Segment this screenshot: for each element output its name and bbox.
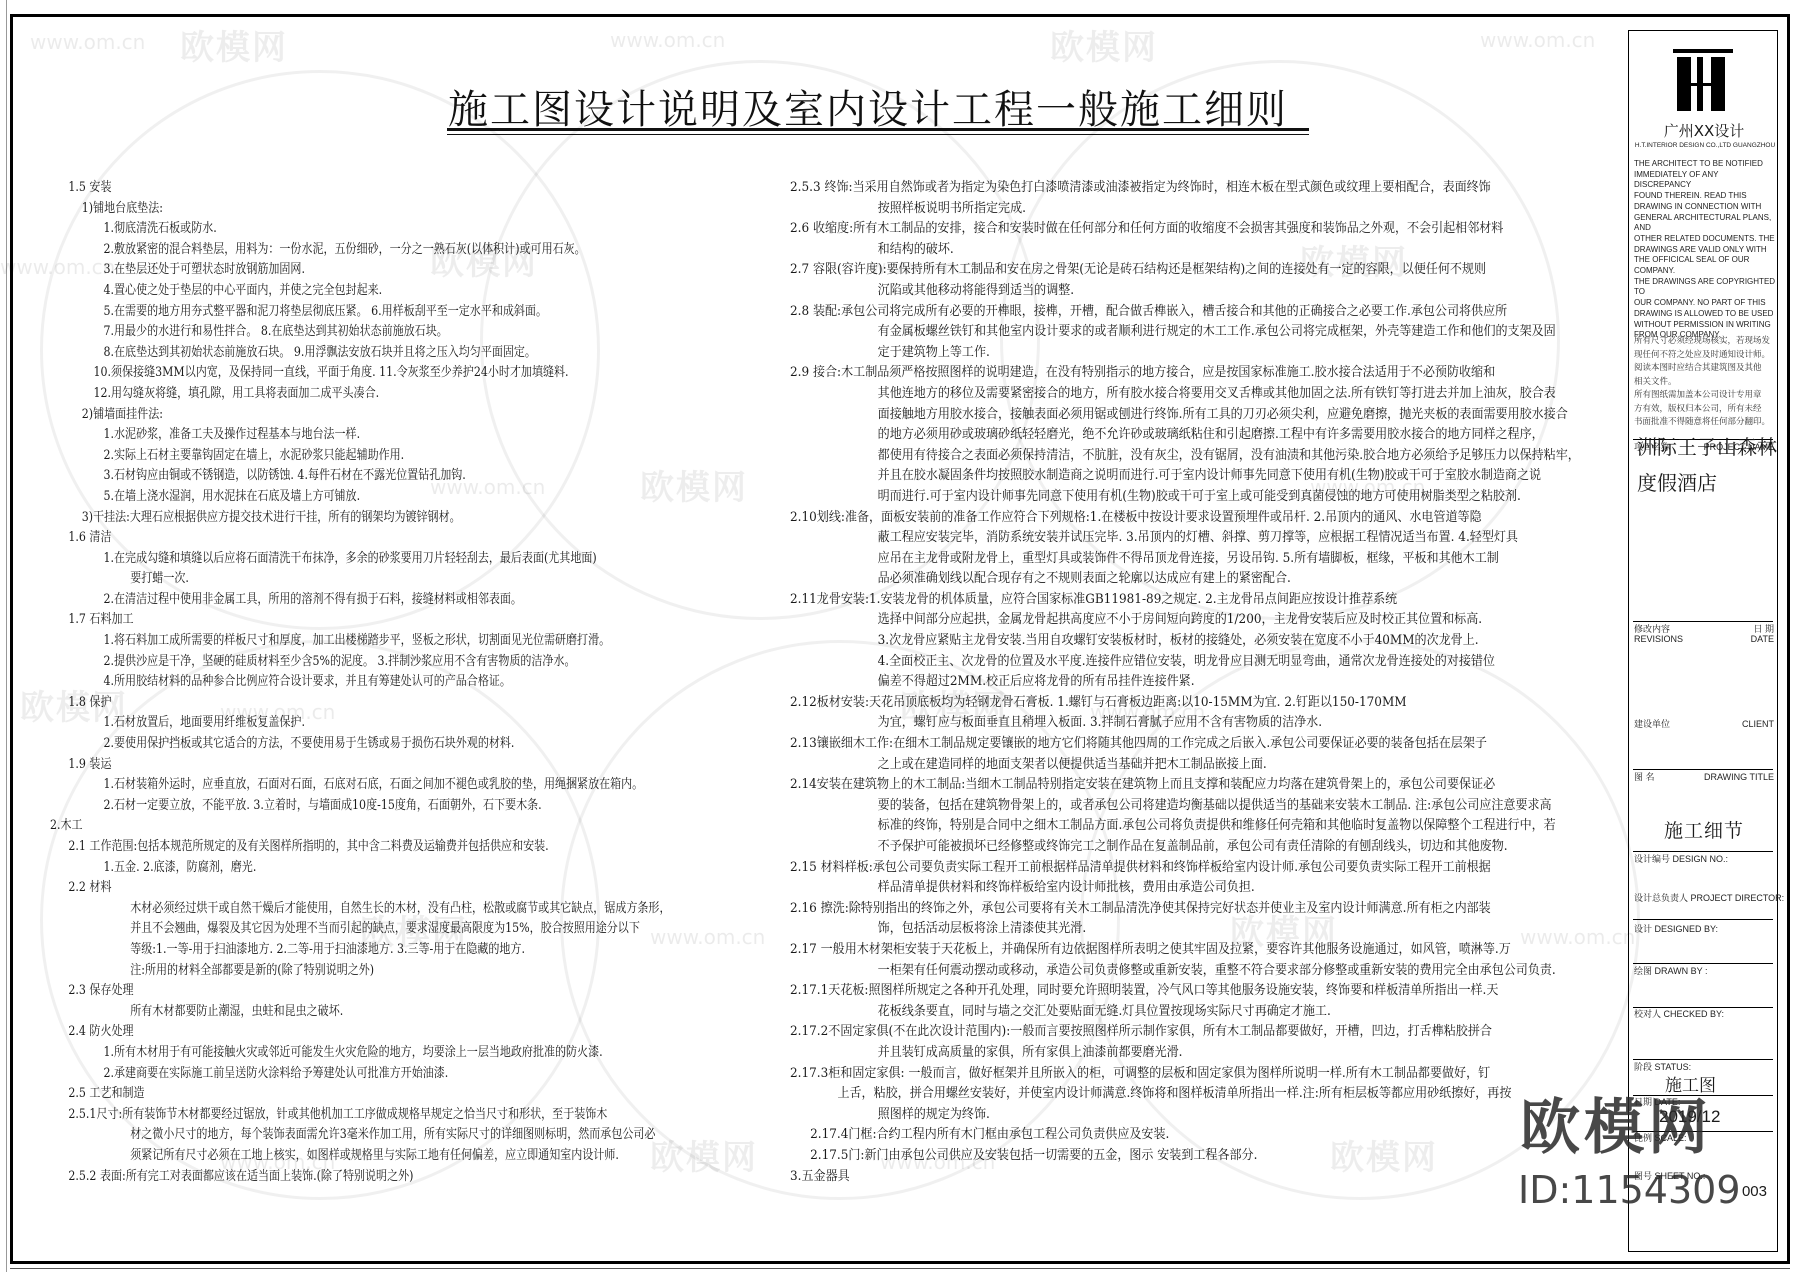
divider xyxy=(1633,621,1773,622)
revisions-header-en: REVISIONS DATE xyxy=(1634,634,1774,645)
spec-line: 2.17.5门:新门由承包公司供应及安装包括一切需要的五金，图示 安装到工程各部… xyxy=(790,1146,1580,1167)
spec-line: 材之微小尺寸的地方，每个装饰表面需允许3毫米作加工用，所有实际尺寸的详细图则标明… xyxy=(50,1125,670,1146)
revisions-label-en: REVISIONS xyxy=(1634,634,1683,645)
spec-line: 1.水泥砂浆，准备工夫及操作过程基本与地台法一样. xyxy=(50,425,670,446)
company-logo-icon xyxy=(1673,49,1733,111)
notice-chinese: 所有尺寸必须经现场核实，若现场发 现任何不符之处应及时通知设计师。 阅读本图时应… xyxy=(1634,335,1776,430)
spec-line: 2.17.1天花板:照图样所规定之各种开孔处理，同时要允许照明装置，冷气风口等其… xyxy=(790,981,1580,1002)
spec-line: 面接触地方用胶水接合，接触表面必须用锯或刨进行终饰.所有工具的刀刃必须尖利，应避… xyxy=(790,405,1580,426)
spec-text-right-column: 2.5.3 终饰:当采用自然饰或者为指定为染色打白漆喷清漆或油漆被指定为终饰时，… xyxy=(790,178,1580,1187)
spec-line: 2)铺墙面挂件法: xyxy=(50,405,670,426)
spec-line: 3.石材钩应由铜或不锈钢造，以防锈蚀. 4.每件石材在不露光位置钻孔加钩. xyxy=(50,466,670,487)
spec-line: 2.木工 xyxy=(50,816,670,837)
spec-line: 10.须保接缝3MM以内宽，及保持同一直线，平面于角度. 11.令灰浆至少养护2… xyxy=(50,363,670,384)
spec-line: 1.7 石料加工 xyxy=(50,610,670,631)
project-name-line1: 洲际王子山森林 xyxy=(1637,429,1777,465)
outer-border-line xyxy=(6,0,7,1272)
project-name: 洲际王子山森林 度假酒店 xyxy=(1637,429,1777,501)
spec-line: 所有木材都要防止潮湿，虫蛀和昆虫之破坏. xyxy=(50,1002,670,1023)
spec-line: 1.五金. 2.底漆，防腐剂，磨光. xyxy=(50,858,670,879)
spec-line: 2.11龙骨安装:1.安装龙骨的机体质量，应符合国家标准GB11981-89之规… xyxy=(790,590,1580,611)
spec-line: 定于建筑物上等工作. xyxy=(790,343,1580,364)
spec-line: 照图样的规定为终饰. xyxy=(790,1105,1580,1126)
spec-line: 2.17.3柜和固定家俱: 一般而言，做好框架并且所嵌入的柜，可调整的层板和固定… xyxy=(790,1064,1580,1085)
spec-line: 3)干挂法:大理石应根据供应方提交技术进行干挂，所有的钢架均为镀锌钢材。 xyxy=(50,508,670,529)
drawing-title: 施工细节 xyxy=(1629,816,1779,843)
spec-line: 1.8 保护 xyxy=(50,693,670,714)
spec-line: 2.敷放紧密的混合料垫层，用料为：一份水泥，五份细砂，一分之一熟石灰(以体积计)… xyxy=(50,240,670,261)
spec-line: 2.1 工作范围:包括本规范所规定的及有关图样所指明的，其中含二料费及运输费并包… xyxy=(50,837,670,858)
client-label: 建设单位 CLIENT xyxy=(1634,719,1774,730)
client-label-cn: 建设单位 xyxy=(1634,719,1670,730)
spec-line: 饰，包括活动层板将涂上清漆使其光滑. xyxy=(790,919,1580,940)
spec-line: 要打蜡一次. xyxy=(50,569,670,590)
spec-line: 2.17 一般用木材架柜安装于天花板上，并确保所有边依据图样所表明之使其牢固及拉… xyxy=(790,940,1580,961)
spec-line: 7.用最少的水进行和易性拌合。 8.在底垫达到其初始状态前施放石块。 xyxy=(50,322,670,343)
spec-line: 1.石材放置后，地面要用纤维板复盖保护. xyxy=(50,713,670,734)
spec-line: 2.15 材料样板:承包公司要负责实际工程开工前根据样品清单提供材料和终饰样板给… xyxy=(790,858,1580,879)
bottom-border-line xyxy=(10,1268,1790,1269)
spec-line: 1.6 清洁 xyxy=(50,528,670,549)
title-underline xyxy=(447,128,1309,131)
spec-line: 2.6 收缩度:所有木工制品的安排，接合和安装时做在任何部分和任何方面的收缩度不… xyxy=(790,219,1580,240)
spec-line: 1.9 装运 xyxy=(50,755,670,776)
spec-line: 1.石材装箱外运时，应垂直放，石面对石面，石底对石底，石面之间加不褪色或乳胶的垫… xyxy=(50,775,670,796)
drawn-by-label: 绘图 DRAWN BY : xyxy=(1634,966,1776,977)
spec-line: 1)铺地台底垫法: xyxy=(50,199,670,220)
project-director-label: 设计总负责人 PROJECT DIRECTOR: xyxy=(1634,893,1776,904)
spec-line: 样品清单提供材料和终饰样板给室内设计师批核，费用由承造公司负担. xyxy=(790,878,1580,899)
spec-line: 都使用有待接合之表面必须保持清洁，不肮脏，没有灰尘，没有锯屑，没有油渍和其他污染… xyxy=(790,446,1580,467)
spec-line: 2.10划线:准备，面板安装前的准备工作应符合下列规格:1.在楼板中按设计要求设… xyxy=(790,508,1580,529)
design-no-label: 设计编号 DESIGN NO.: xyxy=(1634,854,1776,865)
checked-by-label: 校对人 CHECKED BY: xyxy=(1634,1009,1776,1020)
spec-line: 为宜，螺钉应与板面垂直且稍埋入板面. 3.拌制石膏腻子应用不含有害物质的洁净水. xyxy=(790,713,1580,734)
spec-line: 品必须准确划线以配合现存有之不规则表面之轮廓以达成应有建上的紧密配合. xyxy=(790,569,1580,590)
spec-line: 2.3 保存处理 xyxy=(50,981,670,1002)
spec-line: 5.在墙上浇水湿润，用水泥抹在石底及墙上方可铺放. xyxy=(50,487,670,508)
spec-line: 2.要使用保护挡板或其它适合的方法，不要使用易于生锈或易于损伤石块外观的材料. xyxy=(50,734,670,755)
spec-line: 其他连地方的移位及需要紧密接合的地方，所有胶水接合将要用交叉舌榫或其他加固之法.… xyxy=(790,384,1580,405)
sheet-no-value: 003 xyxy=(1742,1183,1767,1200)
spec-line: 注:所用的材料全部都要是新的(除了特别说明之外) xyxy=(50,961,670,982)
spec-line: 2.16 擦洗:除特别指出的终饰之外，承包公司要将有关木工制品清洗净使其保持完好… xyxy=(790,899,1580,920)
spec-line: 和结构的破坏. xyxy=(790,240,1580,261)
spec-line: 3.在垫层还处于可塑状态时放钢筋加固网. xyxy=(50,260,670,281)
spec-line: 应吊在主龙骨或附龙骨上，重型灯具或装饰件不得吊顶龙骨连接，另设吊钩. 5.所有墙… xyxy=(790,549,1580,570)
spec-line: 等级:1.一等-用于扫油漆地方. 2.二等-用于扫油漆地方. 3.三等-用于在隐… xyxy=(50,940,670,961)
spec-line: 1.将石料加工成所需要的样板尺寸和厚度，加工出楼梯踏步平，竖板之形状，切割面见光… xyxy=(50,631,670,652)
spec-line: 3.次龙骨应紧贴主龙骨安装.当用自攻螺钉安装板材时，板材的接缝处，必须安装在宽度… xyxy=(790,631,1580,652)
spec-line: 明而进行.可于室内设计师事先同意下使用有机(生物)胶或干可于室上或可能受到真菌侵… xyxy=(790,487,1580,508)
company-name-cn: 广州XX设计 xyxy=(1629,120,1779,141)
spec-line: 2.4 防火处理 xyxy=(50,1022,670,1043)
title-block: 广州XX设计 H.T.INTERIOR DESIGN CO.,LTD GUANG… xyxy=(1628,30,1778,1252)
spec-line: 2.实际上石材主要靠钩固定在墙上，水泥砂浆只能起辅助作用. xyxy=(50,446,670,467)
spec-line: 2.17.4门框:合约工程内所有木门框由承包工程公司负责供应及安装. xyxy=(790,1125,1580,1146)
spec-line: 4.全面校正主、次龙骨的位置及水平度.连接件应错位安装，明龙骨应目测无明显弯曲，… xyxy=(790,652,1580,673)
spec-line: 2.2 材料 xyxy=(50,878,670,899)
spec-line: 之上或在建造同样的地面支架者以便提供适当基础并把木工制品嵌接上面. xyxy=(790,755,1580,776)
spec-line: 4.置心使之处于垫层的中心平面内，并使之完全包封起来. xyxy=(50,281,670,302)
designed-by-label: 设计 DESIGNED BY: xyxy=(1634,924,1776,935)
divider xyxy=(1633,769,1773,770)
divider xyxy=(1633,963,1773,964)
spec-line: 偏差不得超过2MM.校正后应将龙骨的所有吊挂件连接件紧. xyxy=(790,672,1580,693)
spec-line: 沉陷或其他移动将能得到适当的调整. xyxy=(790,281,1580,302)
spec-line: 12.用勾缝灰将缝，填孔隙，用工具将表面加二成平头凑合. xyxy=(50,384,670,405)
spec-line: 1.彻底清洗石板或防水. xyxy=(50,219,670,240)
spec-line: 5.在需要的地方用夯式整平器和泥刀将垫层彻底压紧。 6.用样板刮平至一定水平和成… xyxy=(50,302,670,323)
notice-english: THE ARCHITECT TO BE NOTIFIED IMMEDIATELY… xyxy=(1634,159,1776,341)
spec-line: 2.13镶嵌细木工作:在细木工制品规定要镶嵌的地方它们将随其他四周的工作完成之后… xyxy=(790,734,1580,755)
spec-line: 2.5.2 表面:所有完工对表面都应该在适当面上装饰.(除了特别说明之外) xyxy=(50,1167,670,1188)
spec-line: 蔽工程应安装完毕，消防系统安装并试压完毕. 3.吊顶内的灯槽、斜撑、剪刀撑等，应… xyxy=(790,528,1580,549)
spec-line: 2.5 工艺和制造 xyxy=(50,1084,670,1105)
date-col-label-en: DATE xyxy=(1751,634,1774,645)
project-name-line2: 度假酒店 xyxy=(1637,465,1777,501)
spec-line: 3.五金器具 xyxy=(790,1167,1580,1188)
spec-line: 有金属板螺丝铁钉和其他室内设计要求的或者顺利进行规定的木工工作.承包公司将完成框… xyxy=(790,322,1580,343)
spec-line: 2.5.3 终饰:当采用自然饰或者为指定为染色打白漆喷清漆或油漆被指定为终饰时，… xyxy=(790,178,1580,199)
spec-line: 2.9 接合:木工制品须严格按照图样的说明建造，在没有特别指示的地方接合，应是按… xyxy=(790,363,1580,384)
drawing-title-label: 图 名 DRAWING TITLE xyxy=(1634,772,1774,783)
spec-line: 并且在胶水凝固条件均按照胶水制造商之说明而进行.可于室内设计师事先同意下使用有机… xyxy=(790,466,1580,487)
spec-text-left-column: 1.5 安装1)铺地台底垫法:1.彻底清洗石板或防水.2.敷放紧密的混合料垫层，… xyxy=(50,178,670,1187)
spec-line: 不予保护可能被损坏已经修整或终饰完工之制作品在复盖制品前，承包公司有责任清除的有… xyxy=(790,837,1580,858)
spec-line: 选择中间部分应起拱，金属龙骨起拱高度应不小于房间短向跨度的1/200，主龙骨安装… xyxy=(790,610,1580,631)
watermark-id: ID:1154309 xyxy=(1518,1168,1741,1212)
spec-line: 8.在底垫达到其初始状态前施放石块。 9.用浮飘法安放石块并且将之压入均匀平面固… xyxy=(50,343,670,364)
divider xyxy=(1633,1059,1773,1060)
watermark-brand-large: 欧模网 xyxy=(1520,1080,1712,1166)
spec-line: 4.所用胶结材料的品种参合比例应符合设计要求，并且有筹建处认可的产品合格证。 xyxy=(50,672,670,693)
spec-line: 标准的终饰，特别是合同中之细木工制品方面.承包公司将负责提供和维修任何壳箱和其他… xyxy=(790,816,1580,837)
spec-line: 2.8 装配:承包公司将完成所有必要的开榫眼，接榫，开槽，配合做舌榫嵌入，槽舌接… xyxy=(790,302,1580,323)
spec-line: 1.在完成勾缝和填缝以后应将石面清洗干布抹净，多余的砂浆要用刀片轻轻刮去，最后表… xyxy=(50,549,670,570)
spec-line: 2.14安装在建筑物上的木工制品:当细木工制品特别指定安装在建筑物上而且支撑和装… xyxy=(790,775,1580,796)
spec-line: 一柜架有任何震动摆动或移动，承造公司负责修整或重新安装，重整不符合要求部分修整或… xyxy=(790,961,1580,982)
spec-line: 2.承建商要在实际施工前呈送防火涂料给予筹建处认可批准方开始油漆. xyxy=(50,1064,670,1085)
spec-line: 2.17.2不固定家俱(不在此次设计范围内):一般而言要按照图样所示制作家俱，所… xyxy=(790,1022,1580,1043)
spec-line: 1.所有木材用于有可能接触火灾或邻近可能发生火灾危险的地方，均要涂上一层当地政府… xyxy=(50,1043,670,1064)
divider xyxy=(1633,1007,1773,1008)
divider xyxy=(1633,851,1773,852)
drawing-title-label-en: DRAWING TITLE xyxy=(1704,772,1774,783)
spec-line: 2.提供沙应是干净，坚硬的硅质材料至少含5%的泥度。 3.拌制沙浆应用不含有害物… xyxy=(50,652,670,673)
spec-line: 2.7 容限(容许度):要保持所有木工制品和安在房之骨架(无论是砖石结构还是框架… xyxy=(790,260,1580,281)
spec-line: 花板线条要直，同时与墙之交汇处要贴面无缝.灯具位置按现场实际尺寸再确定才施工. xyxy=(790,1002,1580,1023)
spec-line: 2.5.1尺寸:所有装饰节木材都要经过锯放，针或其他机加工工序做成规格早规定之恰… xyxy=(50,1105,670,1126)
spec-line: 按照样板说明书所指定完成. xyxy=(790,199,1580,220)
spec-line: 并且装钉成高质量的家俱，所有家俱上油漆前都要磨光滑. xyxy=(790,1043,1580,1064)
spec-line: 的地方必须用砂或玻璃砂纸轻轻磨光，绝不允许砂或玻璃纸粘住和引起磨擦.工程中有许多… xyxy=(790,425,1580,446)
divider xyxy=(1633,919,1773,920)
spec-line: 1.5 安装 xyxy=(50,178,670,199)
client-label-en: CLIENT xyxy=(1742,719,1774,730)
spec-line: 2.在清洁过程中使用非金属工具，所用的溶剂不得有损于石料，接缝材料或相邻表面。 xyxy=(50,590,670,611)
company-name-en: H.T.INTERIOR DESIGN CO.,LTD GUANGZHOU xyxy=(1633,142,1777,149)
spec-line: 2.12板材安装:天花吊顶底板均为轻钢龙骨石膏板. 1.螺钉与石膏板边距离:以1… xyxy=(790,693,1580,714)
document-title: 施工图设计说明及室内设计工程一般施工细则 xyxy=(448,78,1288,135)
spec-line: 上舌，粘胶，拼合用螺丝安装好，并使室内设计师满意.终饰将和图样板清单所指出一样.… xyxy=(790,1084,1580,1105)
spec-line: 2.石材一定要立放，不能平放. 3.立着时，与墙面成10度-15度角，石面朝外，… xyxy=(50,796,670,817)
spec-line: 须紧记所有尺寸必须在工地上核实，如图样或规格里与实际工地有任何偏差，应立即通知室… xyxy=(50,1146,670,1167)
spec-line: 木材必须经过烘干或自然干燥后才能使用，自然生长的木材，没有凸柱，松散或腐节或其它… xyxy=(50,899,670,920)
spec-line: 并且不会翘曲，爆裂及其它因为处理不当而引起的缺点，要求湿度最高限度为15%，胶合… xyxy=(50,919,670,940)
drawing-title-label-cn: 图 名 xyxy=(1634,772,1655,783)
title-underline-thin xyxy=(447,134,1309,135)
spec-line: 要的装备，包括在建筑物骨架上的，或者承包公司将建造均衡基础以提供适当的基础来安装… xyxy=(790,796,1580,817)
